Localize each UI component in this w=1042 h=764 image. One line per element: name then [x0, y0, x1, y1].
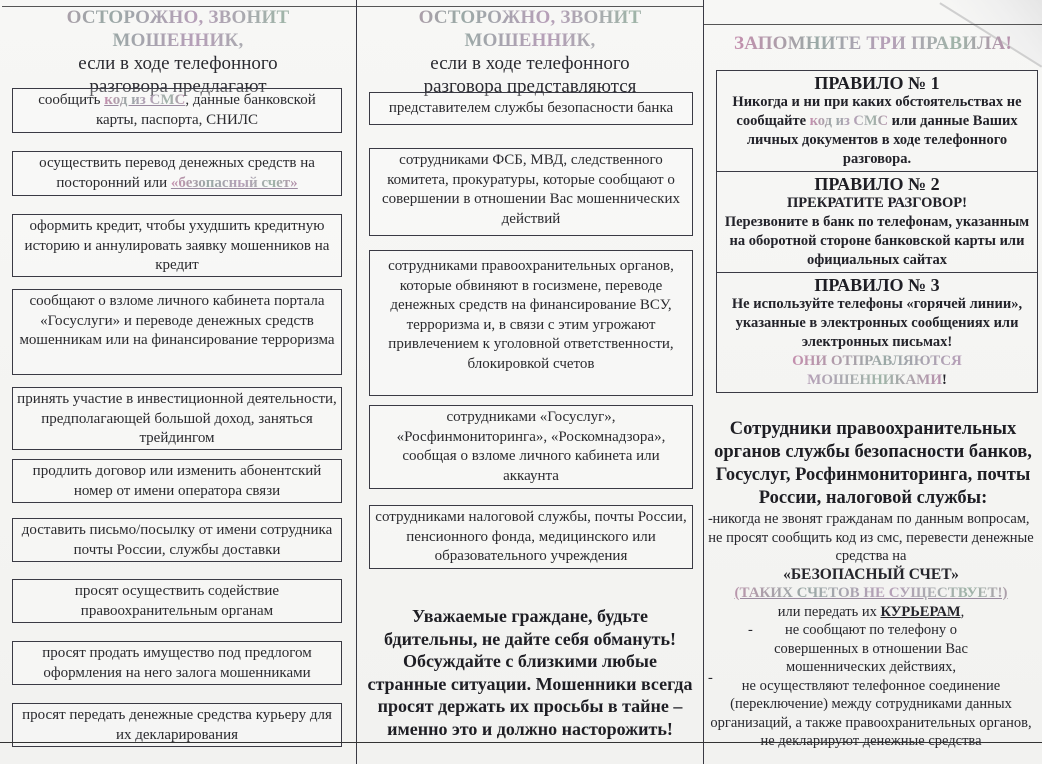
column-offers: ОСТОРОЖНО, ЗВОНИТ МОШЕННИК, если в ходе … [0, 0, 356, 764]
offer-item: просят продать имущество под предлогом о… [12, 641, 342, 685]
rule-text: Никогда и ни при каких обстоятельствах н… [721, 93, 1033, 169]
bottom-border [0, 742, 1042, 743]
impersonation-item: сотрудниками налоговой службы, почты Рос… [369, 505, 693, 569]
impersonation-item: представителем службы безопасности банка [369, 92, 693, 125]
offer-item: сообщить код из СМС, данные банковской к… [12, 88, 342, 133]
offer-item: просят осуществить содействие правоохран… [12, 579, 342, 623]
rule-title: ПРАВИЛО № 2 [721, 174, 1033, 194]
column-rules: ЗАПОМНИТЕ ТРИ ПРАВИЛА! ПРАВИЛО № 1 Никог… [703, 0, 1042, 764]
offer-item: осуществить перевод денежных средств на … [12, 151, 342, 196]
rule-1: ПРАВИЛО № 1 Никогда и ни при каких обсто… [717, 71, 1037, 171]
column-offers-header: ОСТОРОЖНО, ЗВОНИТ МОШЕННИК, если в ходе … [0, 6, 356, 98]
sent-by-fraudsters: ОНИ ОТПРАВЛЯЮТСЯ МОШЕННИКАМИ! [721, 352, 1033, 390]
warning-heading: ОСТОРОЖНО, ЗВОНИТ МОШЕННИК, [0, 6, 356, 52]
bullet-2: - не сообщают по телефону о совершенных … [708, 621, 1034, 677]
warning-heading: ОСТОРОЖНО, ЗВОНИТ МОШЕННИК, [357, 6, 703, 52]
no-such-accounts: (ТАКИХ СЧЕТОВ НЕ СУЩЕСТВУЕТ!) [708, 584, 1034, 603]
rule-3: ПРАВИЛО № 3 Не используйте телефоны «гор… [717, 272, 1037, 392]
column-impersonations: ОСТОРОЖНО, ЗВОНИТ МОШЕННИК, если в ходе … [356, 0, 703, 764]
couriers-emphasis: КУРЬЕРАМ [880, 604, 960, 620]
offer-item: продлить договор или изменить абонентски… [12, 459, 342, 503]
bullet-1: - никогда не звонят гражданам по данным … [708, 510, 1034, 566]
safe-account-highlight: «безопасный счет» [171, 175, 298, 191]
rules-box: ПРАВИЛО № 1 Никогда и ни при каких обсто… [716, 70, 1038, 393]
officials-body: - никогда не звонят гражданам по данным … [708, 510, 1034, 751]
impersonation-item: сотрудниками правоохранительных органов,… [369, 250, 693, 396]
offer-item: доставить письмо/посылку от имени сотруд… [12, 518, 342, 562]
offer-item: оформить кредит, чтобы ухудшить кредитну… [12, 214, 342, 277]
rule-text: Не используйте телефоны «горячей линии»,… [721, 295, 1033, 352]
offer-item: сообщают о взломе личного кабинета порта… [12, 289, 342, 375]
rule-2: ПРАВИЛО № 2 ПРЕКРАТИТЕ РАЗГОВОР! Перезво… [717, 171, 1037, 272]
rule-title: ПРАВИЛО № 1 [721, 73, 1033, 93]
top-border [704, 24, 1042, 25]
sms-code-highlight: код из СМС [810, 113, 888, 129]
leaflet-page: ОСТОРОЖНО, ЗВОНИТ МОШЕННИК, если в ходе … [0, 0, 1042, 764]
offer-item: просят передать денежные средства курьер… [12, 703, 342, 747]
safe-account-callout: «БЕЗОПАСНЫЙ СЧЕТ» [708, 566, 1034, 585]
officials-heading: Сотрудники правоохранительных органов сл… [710, 418, 1036, 510]
bullet-3: - не осуществляют телефонное соединение … [708, 677, 1034, 751]
impersonation-item: сотрудниками «Госуслуг», «Росфинмонитори… [369, 405, 693, 489]
rule-text: Перезвоните в банк по телефонам, указанн… [721, 213, 1033, 270]
rules-heading: ЗАПОМНИТЕ ТРИ ПРАВИЛА! [704, 32, 1042, 55]
sms-code-highlight: код из СМС [104, 92, 185, 108]
couriers-line: или передать их КУРЬЕРАМ, [708, 603, 1034, 622]
column-impersonations-header: ОСТОРОЖНО, ЗВОНИТ МОШЕННИК, если в ходе … [357, 6, 703, 98]
citizens-appeal: Уважаемые граждане, будьте бдительны, не… [367, 605, 693, 740]
rule-title: ПРАВИЛО № 3 [721, 275, 1033, 295]
impersonation-item: сотрудниками ФСБ, МВД, следственного ком… [369, 148, 693, 236]
stop-conversation-highlight: ПРЕКРАТИТЕ РАЗГОВОР! [721, 194, 1033, 213]
offer-item: принять участие в инвестиционной деятель… [12, 387, 342, 450]
